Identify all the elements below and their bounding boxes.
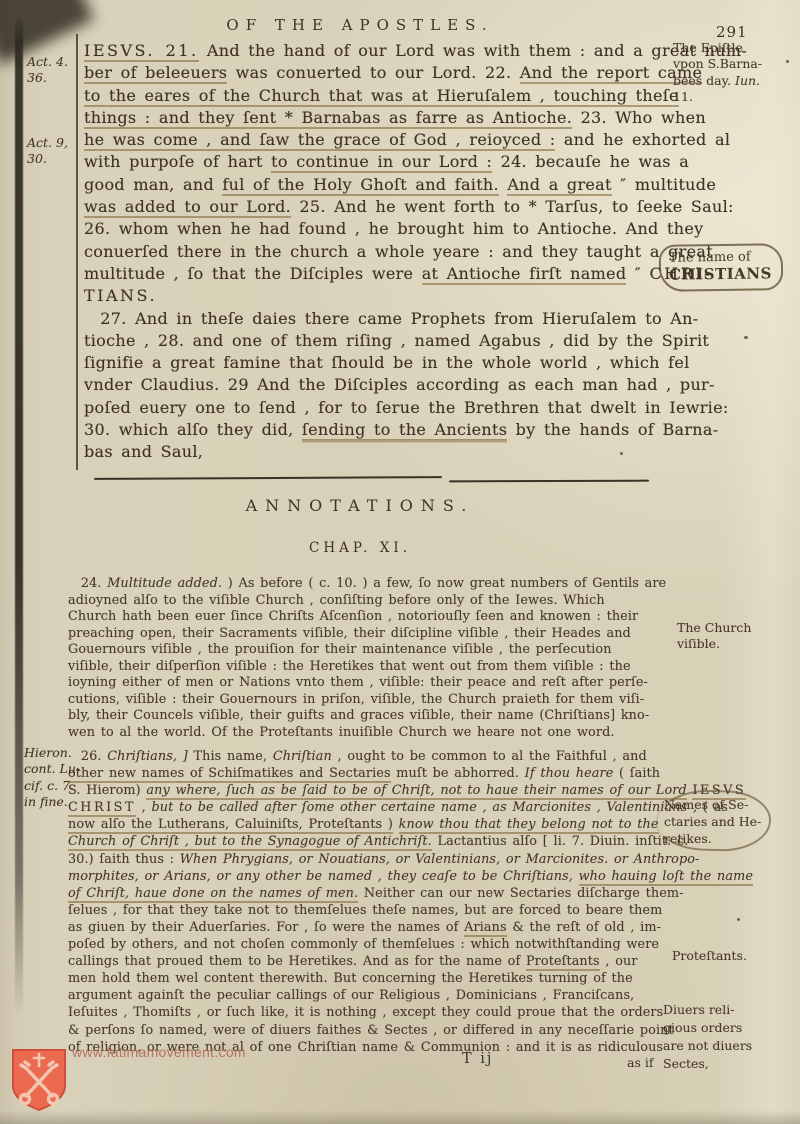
circled-note-line1: The name of xyxy=(669,249,772,265)
text-line: ſelues , for that they take not to themſ… xyxy=(68,902,676,919)
text-line: ioyning either of men or Nations vnto th… xyxy=(68,675,676,692)
text-line: gious orders xyxy=(663,1019,752,1037)
text-line: things : and they ſent * Barnabas as far… xyxy=(84,107,684,129)
text-line: conuerſed there in the church a whole ye… xyxy=(84,241,684,263)
text-line: morphites, or Arians, or any other be na… xyxy=(68,868,676,885)
text-line: Act. 4. xyxy=(27,54,68,70)
text-line: are not diuers xyxy=(663,1037,752,1055)
watermark-logo xyxy=(10,1048,68,1116)
margin-note-epistle: The Epiſtlevpon S.Barna-bees day. Iun.11… xyxy=(673,40,797,105)
signature-mark: T ij xyxy=(462,1051,493,1067)
chapter-heading: CHAP. XI. xyxy=(150,540,570,556)
margin-note-names-of-sectaries: Names of Se-ctaries and He-retikes. xyxy=(664,796,761,847)
text-line: 27. And in theſe daies there came Prophe… xyxy=(84,308,684,330)
annotations-heading: ANNOTATIONS. xyxy=(150,496,570,515)
text-line: men hold them wel content therewith. But… xyxy=(68,970,676,987)
text-line: poſed by others, and not choſen commonly… xyxy=(68,936,676,953)
text-line: vpon S.Barna- xyxy=(673,56,797,72)
text-line: adioyned alſo to the viſible Church , co… xyxy=(68,593,676,610)
text-line: retikes. xyxy=(664,830,761,847)
margin-note-act-4-36: Act. 4.36. xyxy=(27,54,68,87)
gutter-shadow xyxy=(15,20,23,1015)
margin-note-diuers-religious-orders: Diuers reli-gious ordersare not diuersSe… xyxy=(663,1001,752,1073)
text-line: 26. whom when he had found , he brought … xyxy=(84,218,684,240)
text-line: IESVS. 21. And the hand of our Lord was … xyxy=(84,40,684,62)
text-line: The Church xyxy=(677,620,751,636)
text-line: argument againſt the peculiar callings o… xyxy=(68,987,676,1004)
text-line: Names of Se- xyxy=(664,796,761,813)
text-line: vnder Claudius. 29 And the Diſciples acc… xyxy=(84,374,684,396)
text-line: as giuen by their Aduerſaries. For , ſo … xyxy=(68,919,676,936)
text-line: tioche , 28. and one of them riſing , na… xyxy=(84,330,684,352)
text-line: ber of beleeuers was conuerted to our Lo… xyxy=(84,62,684,84)
text-line: 24. Multitude added. ) As before ( c. 10… xyxy=(68,576,676,593)
ink-speck xyxy=(737,918,740,921)
margin-note-act-9-30: Act. 9,30. xyxy=(27,135,68,168)
text-line: was added to our Lord. 25. And he went f… xyxy=(84,196,684,218)
text-block-rule xyxy=(76,34,78,470)
text-line: Church hath been euer ſince Chriſts Aſce… xyxy=(68,609,676,626)
text-line: of Chriſt, haue done on the names of men… xyxy=(68,885,676,902)
circled-note-line2: CHISTIANS xyxy=(669,264,772,283)
text-line: Gouernours viſible , the prouiſion for t… xyxy=(68,642,676,659)
papal-keys-shield-icon xyxy=(10,1048,68,1112)
text-line: ctaries and He- xyxy=(664,813,761,830)
annotation-paragraph-24: 24. Multitude added. ) As before ( c. 10… xyxy=(68,576,676,741)
text-line: cutions, viſible : their Gouernours in p… xyxy=(68,692,676,709)
catchword: as if xyxy=(627,1055,653,1070)
text-line: Ieſuites , Thomiſts , or ſuch like, it i… xyxy=(68,1004,676,1021)
text-line: viſible. xyxy=(677,636,751,652)
text-line: 26. Chriſtians, ] This name, Chriſtian ,… xyxy=(68,748,676,765)
text-line: Diuers reli- xyxy=(663,1001,752,1019)
section-divider-rule xyxy=(449,480,649,483)
margin-note-protestants: Proteſtants. xyxy=(672,948,747,964)
ink-speck xyxy=(744,336,748,339)
text-line: 30. which alſo they did, ſending to the … xyxy=(84,419,684,441)
text-line: to the eares of the Church that was at H… xyxy=(84,85,684,107)
page-number: 291 xyxy=(716,23,748,41)
text-line: 11. xyxy=(673,89,797,105)
margin-note-church-visible: The Churchviſible. xyxy=(677,620,751,653)
text-line: bees day. Iun. xyxy=(673,73,797,89)
text-line: & perſons ſo named, were of diuers faith… xyxy=(68,1022,676,1039)
text-line: Sectes, xyxy=(663,1055,752,1073)
text-line: now alſo the Lutherans, Caluiniſts, Prot… xyxy=(68,816,676,833)
text-line: bly, their Councels viſible, their guift… xyxy=(68,708,676,725)
text-line: Proteſtants. xyxy=(672,948,747,964)
margin-note-name-of-christians: The name of CHISTIANS xyxy=(659,243,783,292)
running-header-title: OF THE APOSTLES. xyxy=(150,16,570,34)
text-line: good man, and ful of the Holy Ghoſt and … xyxy=(84,174,684,196)
text-line: 30. xyxy=(27,151,68,167)
text-line: 36. xyxy=(27,70,68,86)
text-line: bas and Saul, xyxy=(84,441,684,463)
scanned-book-page: OF THE APOSTLES. 291 Act. 4.36. Act. 9,3… xyxy=(0,0,800,1124)
scripture-text-block: IESVS. 21. And the hand of our Lord was … xyxy=(84,40,684,464)
text-line: he was come , and ſaw the grace of God ,… xyxy=(84,129,684,151)
text-line: ſignifie a great famine that ſhould be i… xyxy=(84,352,684,374)
text-line: other new names of Schiſmatikes and Sect… xyxy=(68,765,676,782)
annotation-paragraph-26: 26. Chriſtians, ] This name, Chriſtian ,… xyxy=(68,748,676,1056)
text-line: The Epiſtle xyxy=(673,40,797,56)
text-line: TIANS. xyxy=(84,285,684,307)
text-line: Act. 9, xyxy=(27,135,68,151)
text-line: callings that proued them to be Heretike… xyxy=(68,953,676,970)
text-line: with purpoſe of hart to continue in our … xyxy=(84,151,684,173)
text-line: multitude , ſo that the Diſciples were a… xyxy=(84,263,684,285)
text-line: CHRIST , but to be called after ſome oth… xyxy=(68,799,676,816)
text-line: poſed euery one to ſend , for to ſerue t… xyxy=(84,397,684,419)
text-line: 30.) ſaith thus : When Phrygians, or Nou… xyxy=(68,851,676,868)
section-divider-rule xyxy=(94,476,442,480)
text-line: preaching open, their Sacraments viſible… xyxy=(68,626,676,643)
watermark-url: www.fatimamovement.com xyxy=(72,1044,246,1060)
text-line: viſible, their diſperſion viſible : the … xyxy=(68,659,676,676)
text-line: Church of Chriſt , but to the Synagogue … xyxy=(68,833,676,850)
text-line: S. Hierom) any where, ſuch as be ſaid to… xyxy=(68,782,676,799)
text-line: wen to al the world. Of the Proteſtants … xyxy=(68,725,676,742)
